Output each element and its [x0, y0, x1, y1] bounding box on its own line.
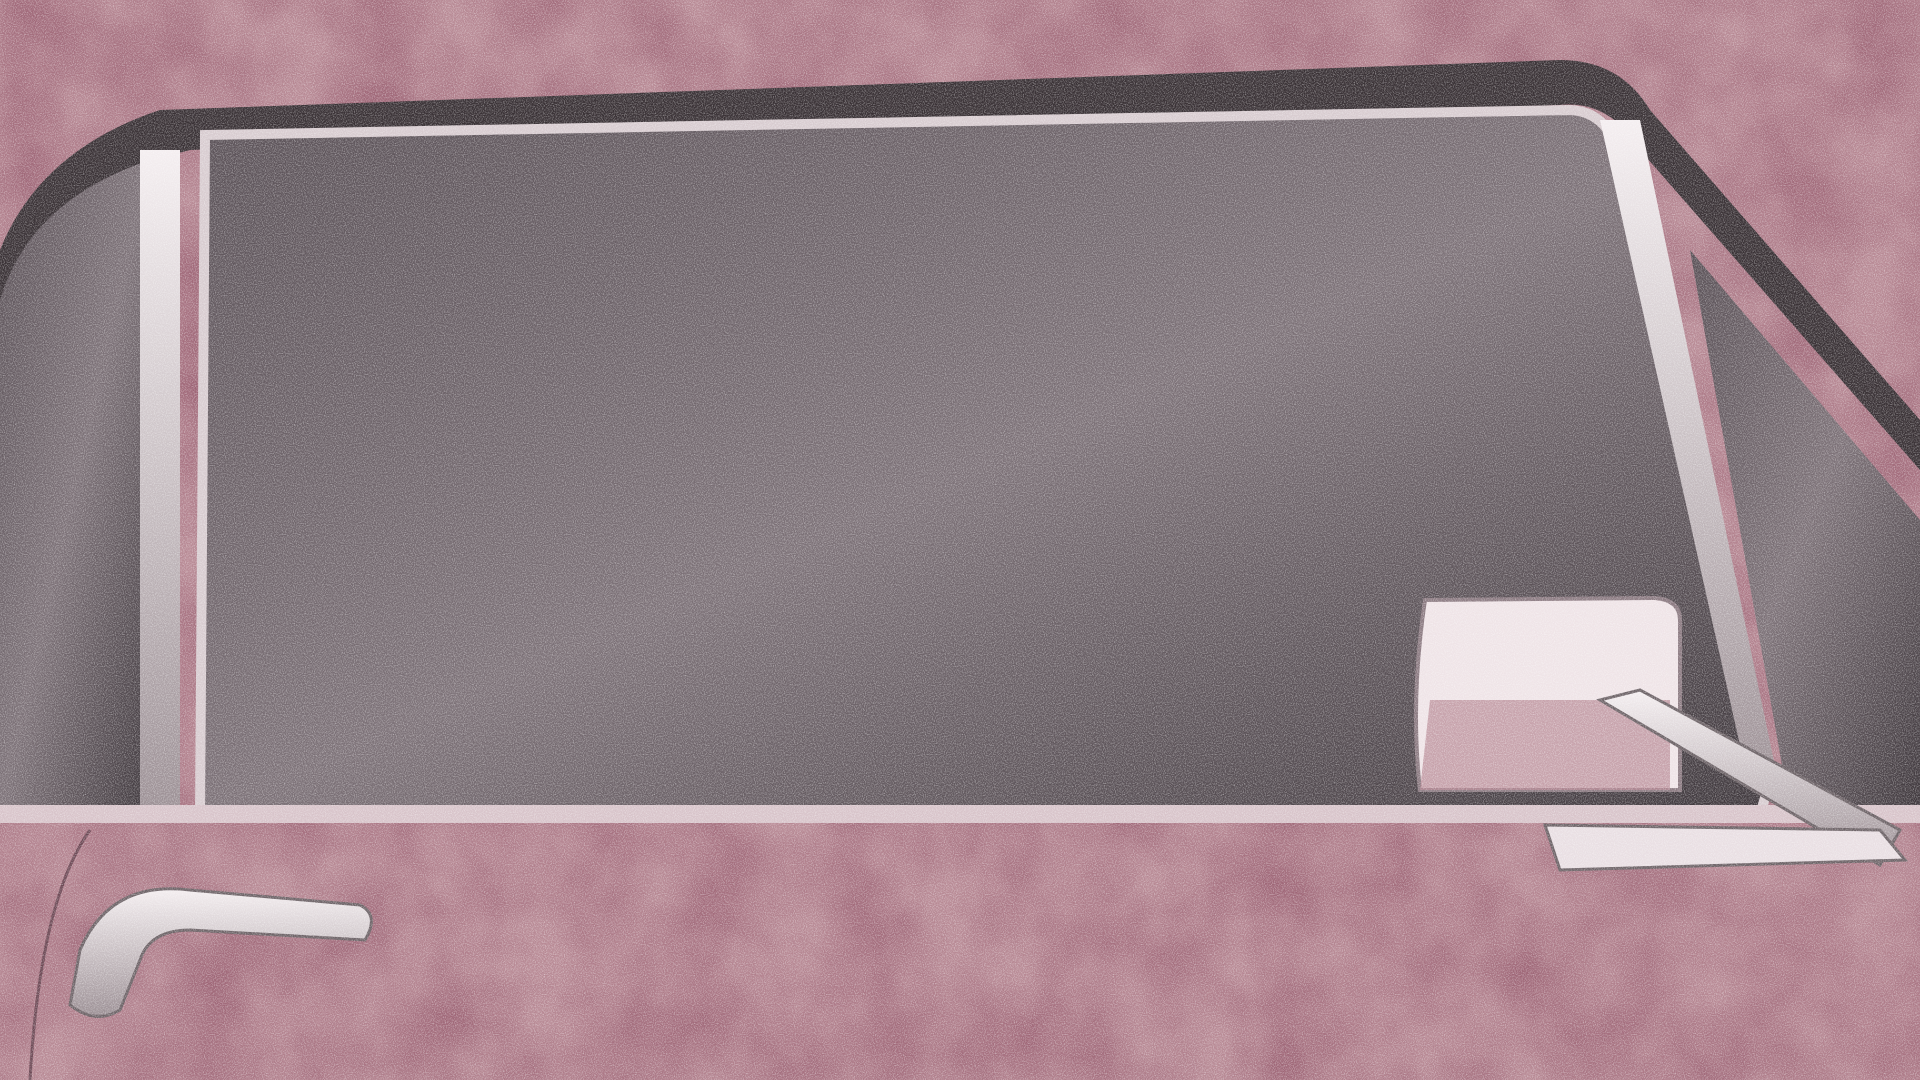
car-door-photo [0, 0, 1920, 1080]
rain-droplets [0, 0, 1920, 1080]
photo-canvas [0, 0, 1920, 1080]
